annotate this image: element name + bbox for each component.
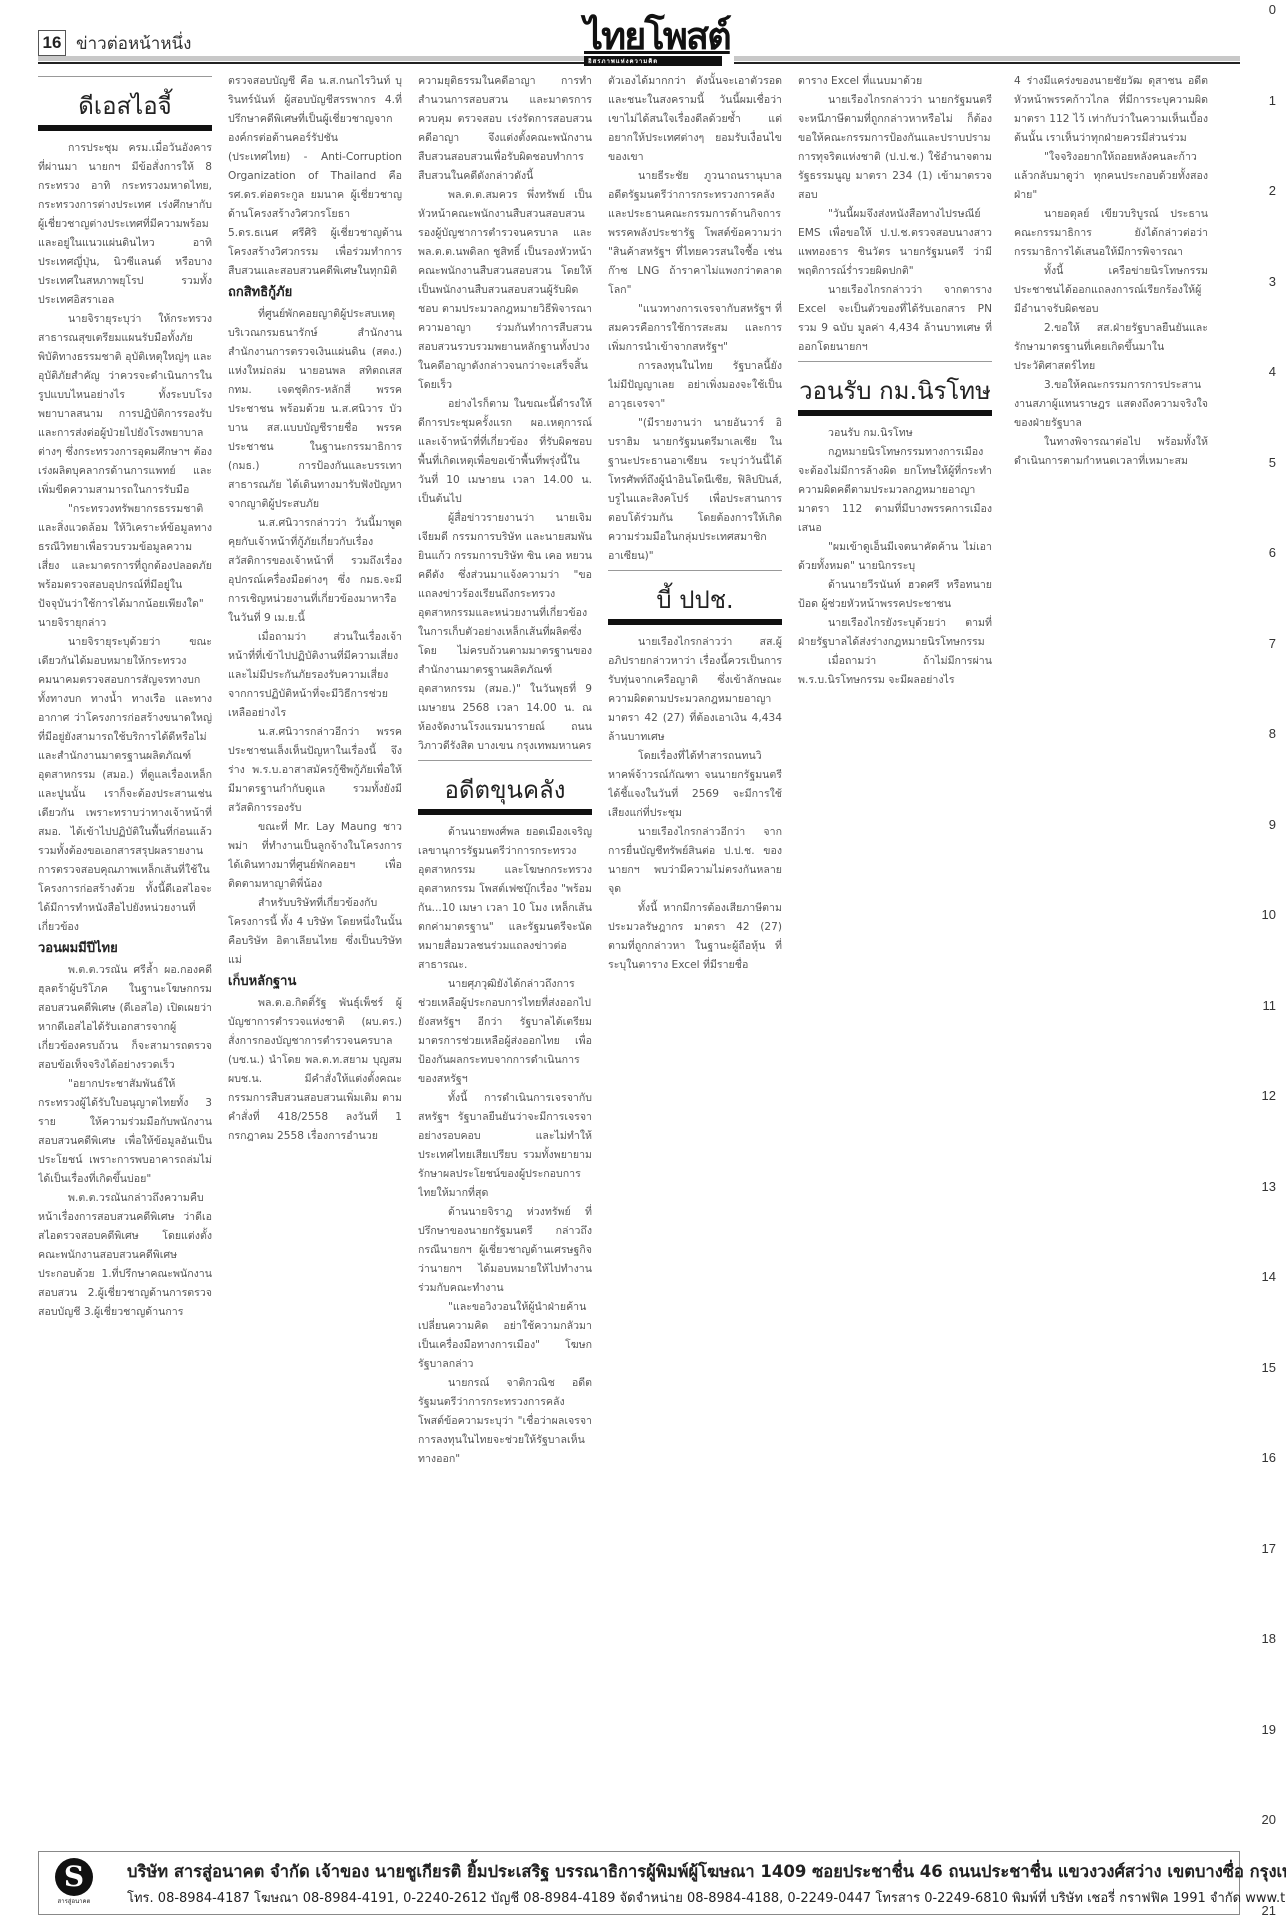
article-paragraph: เมื่อถามว่า ถ้าไม่มีการผ่าน พ.ร.บ.นิรโทษ…: [798, 652, 992, 690]
article-column: ตรวจสอบบัญชี คือ น.ส.กนกไรวินท์ บุรินทร์…: [228, 72, 402, 1840]
article-paragraph: น.ส.ศนิวารกล่าวอีกว่า พรรคประชาชนเล็งเห็…: [228, 723, 402, 818]
article-paragraph: นายเรืองไกรกล่าวอีกว่า จากการยื่นบัญชีทร…: [608, 823, 782, 899]
column-heading-box: บี้ ปปช.: [608, 570, 782, 625]
article-paragraph: การประชุม ครม.เมื่อวันอังคารที่ผ่านมา นา…: [38, 139, 212, 310]
article-paragraph: นายเรืองไกรกล่าวว่า นายกรัฐมนตรีจะหนีภาษ…: [798, 91, 992, 205]
article-paragraph: "(มีรายงานว่า นายอันวาร์ อิบราฮิม นายกรั…: [608, 414, 782, 566]
row-marker: 19: [1262, 1722, 1276, 1737]
article-paragraph: นายกรณ์ จาติกวณิช อดีตรัฐมนตรีว่าการกระท…: [418, 1374, 592, 1469]
column-heading: ดีเอสไอจี้: [38, 76, 212, 131]
subheading: วอนผมมีปีไทย: [38, 939, 212, 959]
article-paragraph: ผู้สื่อข่าวรายงานว่า นายเจิม เจียมดี กรร…: [418, 509, 592, 756]
row-marker: 3: [1269, 274, 1276, 289]
subheading: เก็บหลักฐาน: [228, 972, 402, 992]
column-heading: อดีตขุนคลัง: [418, 760, 592, 815]
article-paragraph: "อยากประชาสัมพันธ์ให้กระทรวงผู้ได้รับใบอ…: [38, 1075, 212, 1189]
article-paragraph: นายจิรายุระบุด้วยว่า ขณะเดียวกันได้มอบหม…: [38, 633, 212, 937]
article-paragraph: นายธีระชัย ภูวนาถนรานุบาล อดีตรัฐมนตรีว่…: [608, 167, 782, 300]
article-paragraph: "ใจจริงอยากให้ถอยหลังคนละก้าว แล้วกลับมา…: [1014, 148, 1208, 205]
article-paragraph: ทั้งนี้ การดำเนินการเจรจากับสหรัฐฯ รัฐบา…: [418, 1089, 592, 1203]
row-marker: 0: [1269, 2, 1276, 17]
article-paragraph: พล.ต.อ.กิตติ์รัฐ พันธุ์เพ็ชร์ ผู้บัญชากา…: [228, 994, 402, 1146]
article-paragraph: ทั้งนี้ เครือข่ายนิรโทษกรรมประชาชนได้ออก…: [1014, 262, 1208, 319]
article-paragraph: 2.ขอให้ สส.ฝ่ายรัฐบาลยืนยันและรักษามาตรฐ…: [1014, 319, 1208, 376]
article-paragraph: ความยุติธรรมในคดีอาญา การทำสำนวนการสอบสว…: [418, 72, 592, 186]
article-paragraph: 4 ร่างมีแคร่งของนายชัยวัฒ ดุสาชน อดีตหัว…: [1014, 72, 1208, 148]
row-markers: 0123456789101112131415161718192021: [1256, 0, 1276, 1920]
article-paragraph: นายอดุลย์ เขียวบริบูรณ์ ประธานคณะกรรมาธิ…: [1014, 205, 1208, 262]
row-marker: 11: [1263, 998, 1277, 1013]
article-paragraph: นายศุภวุฒิยังได้กล่าวถึงการช่วยเหลือผู้ป…: [418, 975, 592, 1089]
article-paragraph: ในทางพิจารณาต่อไป พร้อมทั้งให้ดำเนินการต…: [1014, 433, 1208, 471]
column-heading-box: วอนรับ กม.นิรโทษ: [798, 361, 992, 416]
column-heading: วอนรับ กม.นิรโทษ: [798, 361, 992, 416]
article-paragraph: พ.ต.ต.วรณันกล่าวถึงความคืบหน้าเรื่องการส…: [38, 1189, 212, 1322]
column-heading: บี้ ปปช.: [608, 570, 782, 625]
article-column: ความยุติธรรมในคดีอาญา การทำสำนวนการสอบสว…: [418, 72, 592, 1840]
logo-text: ไทยโพสต์: [584, 18, 734, 54]
article-paragraph: วอนรับ กม.นิรโทษ: [798, 424, 992, 443]
publisher-logo-icon: S: [55, 1858, 93, 1896]
publisher-logo: S สารสู่อนาคต: [51, 1858, 97, 1908]
row-marker: 20: [1262, 1812, 1276, 1827]
article-paragraph: "วันนี้ผมจึงส่งหนังสือทางไปรษณีย์ EMS เพ…: [798, 205, 992, 281]
article-paragraph: พล.ต.ต.สมควร พึ่งทรัพย์ เป็นหัวหน้าคณะพน…: [418, 186, 592, 395]
article-paragraph: เมื่อถามว่า ส่วนในเรื่องเจ้าหน้าที่ที่เข…: [228, 628, 402, 723]
publisher-logo-caption: สารสู่อนาคต: [51, 1896, 97, 1906]
row-marker: 17: [1262, 1541, 1276, 1556]
article-paragraph: น.ส.ศนิวารกล่าวว่า วันนี้มาพูดคุยกับเจ้า…: [228, 514, 402, 628]
row-marker: 16: [1262, 1450, 1276, 1465]
article-paragraph: โดยเรื่องที่ได้ทำสารถนทนวิหาคพ์จ้าวรณ์กั…: [608, 747, 782, 823]
article-column: ดีเอสไอจี้การประชุม ครม.เมื่อวันอังคารที…: [38, 72, 212, 1840]
footer-publisher-line: บริษัท สารสู่อนาคต จำกัด เจ้าของ นายชูเก…: [127, 1859, 1286, 1885]
article-column: ตาราง Excel ที่แนบมาด้วยนายเรืองไกรกล่าว…: [798, 72, 992, 1840]
article-paragraph: ตัวเองได้มากกว่า ดังนั้นจะเอาตัวรอดและชน…: [608, 72, 782, 167]
article-paragraph: ทั้งนี้ หากมีการต้องเสียภาษีตามประมวลรัษ…: [608, 899, 782, 975]
row-marker: 12: [1262, 1088, 1276, 1103]
page-number: 16: [38, 30, 66, 56]
article-paragraph: นายเรืองไกรกล่าวว่า สส.ผู้อภิปรายกล่าวหา…: [608, 633, 782, 747]
article-paragraph: ด้านนายจิราฎ ห่วงทรัพย์ ที่ปรึกษาของนายก…: [418, 1203, 592, 1298]
article-paragraph: ที่ศูนย์พักคอยญาติผู้ประสบเหตุ บริเวณกรม…: [228, 305, 402, 514]
row-marker: 15: [1262, 1360, 1276, 1375]
article-paragraph: ขณะที่ Mr. Lay Maung ชาวพม่า ที่ทำงานเป็…: [228, 818, 402, 894]
section-title: ข่าวต่อหน้าหนึ่ง: [76, 30, 191, 57]
row-marker: 5: [1269, 455, 1276, 470]
article-paragraph: กฎหมายนิรโทษกรรมทางการเมืองจะต้องไม่มีกา…: [798, 443, 992, 538]
row-marker: 10: [1262, 907, 1276, 922]
article-paragraph: นายเรืองไกรยังระบุด้วยว่า ตามที่ฝ่ายรัฐบ…: [798, 614, 992, 652]
article-paragraph: ตาราง Excel ที่แนบมาด้วย: [798, 72, 992, 91]
article-paragraph: 3.ขอให้คณะกรรมการการประสานงานสภาผู้แทนรา…: [1014, 376, 1208, 433]
footer-contact-line: โทร. 08-8984-4187 โฆษณา 08-8984-4191, 0-…: [127, 1887, 1286, 1908]
article-paragraph: สำหรับบริษัทที่เกี่ยวข้องกับโครงการนี้ ท…: [228, 894, 402, 970]
row-marker: 9: [1269, 817, 1276, 832]
article-paragraph: อย่างไรก็ตาม ในขณะนี้ดำรงให้ดีการประชุมค…: [418, 395, 592, 509]
row-marker: 7: [1269, 636, 1276, 651]
column-heading-box: อดีตขุนคลัง: [418, 760, 592, 815]
article-paragraph: การลงทุนในไทย รัฐบาลนี้ยังไม่มีปัญญาเลย …: [608, 357, 782, 414]
row-marker: 1: [1269, 93, 1276, 108]
article-paragraph: ตรวจสอบบัญชี คือ น.ส.กนกไรวินท์ บุรินทร์…: [228, 72, 402, 281]
row-marker: 14: [1262, 1269, 1276, 1284]
publisher-footer: S สารสู่อนาคต บริษัท สารสู่อนาคต จำกัด เ…: [38, 1851, 1240, 1915]
article-paragraph: "และขอวิงวอนให้ผู้นำฝ่ายค้านเปลี่ยนความค…: [418, 1298, 592, 1374]
row-marker: 18: [1262, 1631, 1276, 1646]
row-marker: 4: [1269, 364, 1276, 379]
subheading: ถกสิทธิกู้ภัย: [228, 283, 402, 303]
thaipost-logo: ไทยโพสต์ อิสรภาพแห่งความคิด: [584, 18, 734, 64]
row-marker: 6: [1269, 545, 1276, 560]
row-marker: 13: [1262, 1179, 1276, 1194]
article-column: 4 ร่างมีแคร่งของนายชัยวัฒ ดุสาชน อดีตหัว…: [1014, 72, 1208, 1840]
article-paragraph: "กระทรวงทรัพยากรธรรมชาติและสิ่งแวดล้อม ใ…: [38, 500, 212, 633]
row-marker: 2: [1269, 183, 1276, 198]
article-paragraph: นายเรืองไกรกล่าวว่า จากตาราง Excel จะเป็…: [798, 281, 992, 357]
article-paragraph: นายจิรายุระบุว่า ให้กระทรวงสาธารณสุขเตรี…: [38, 310, 212, 500]
article-paragraph: ด้านนายวีรนันท์ ฮวดศรี หรือทนายป้อด ผู้ช…: [798, 576, 992, 614]
column-heading-box: ดีเอสไอจี้: [38, 76, 212, 131]
article-paragraph: "แนวทางการเจรจากับสหรัฐฯ ที่สมควรคือการใ…: [608, 300, 782, 357]
article-column: ตัวเองได้มากกว่า ดังนั้นจะเอาตัวรอดและชน…: [608, 72, 782, 1840]
masthead: 16 ข่าวต่อหน้าหนึ่ง ไทยโพสต์ อิสรภาพแห่ง…: [38, 18, 1240, 58]
article-paragraph: "ผมเข้าดูเอ็นมีเจตนาคัดค้าน ไม่เอาด้วยทั…: [798, 538, 992, 576]
article-paragraph: พ.ต.ต.วรณัน ศรีล้ำ ผอ.กองคดีฮุลตร้าผู้บร…: [38, 961, 212, 1075]
article-paragraph: ด้านนายพงศ์พล ยอดเมืองเจริญ เลขานุการรัฐ…: [418, 823, 592, 975]
row-marker: 8: [1269, 726, 1276, 741]
